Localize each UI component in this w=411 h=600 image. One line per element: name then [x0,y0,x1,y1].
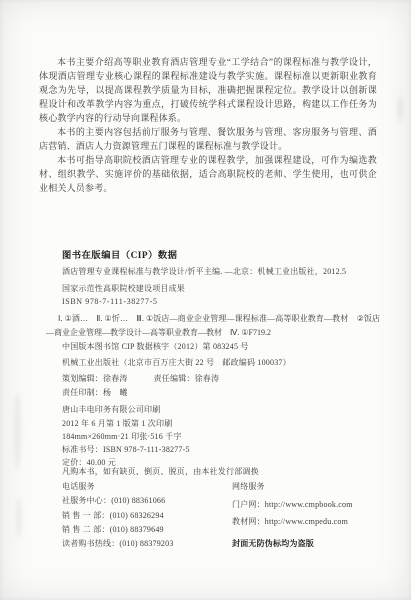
duty-editor: 责任编辑：徐春涛 [154,374,220,383]
edition-impression-line: 2012 年 6 月第 1 版第 1 次印刷 [62,418,172,429]
cip-section-title: 图书在版编目（CIP）数据 [62,247,177,261]
exchange-notice-line: 凡购本书，如有缺页、倒页、脱页，由本社发行部调换 [62,466,259,477]
format-sheet-line: 184mm×260mm·21 印张·516 千字 [62,431,182,442]
book-copyright-page: 本书主要介绍高等职业教育酒店管理专业“工学结合”的课程标准与教学设计，体现酒店管… [0,0,411,600]
scan-artifact [16,498,22,538]
phone-service-line: 销 售 一 部：(010) 68326294 [62,510,164,521]
cip-classification-line: Ⅰ. ①酒… Ⅱ. ①忻… Ⅲ. ①饭店—商业企业管理—课程标准—高等职业教育—… [46,312,380,339]
summary-paragraph-2: 本书的主要内容包括前厅服务与管理、餐饮服务与管理、客房服务与管理、酒店营销、酒店… [39,125,377,153]
book-summary: 本书主要介绍高等职业教育酒店管理专业“工学结合”的课程标准与教学设计，体现酒店管… [39,55,377,195]
print-editor-line: 责任印制：杨 曦 [62,387,128,398]
editors-line: 策划编辑：徐春涛责任编辑：徐春涛 [62,373,219,384]
planning-editor: 策划编辑：徐春涛 [62,374,128,383]
network-service-line: 门户网：http://www.cmpbook.com [232,499,353,510]
printer-line: 唐山丰电印务有限公司印刷 [62,404,160,415]
cip-record-number-line: 中国版本图书馆 CIP 数据核字（2012）第 083245 号 [62,341,249,352]
anti-piracy-notice: 封面无防伪标均为盗版 [232,538,314,549]
phone-service-line: 读者购书热线：(010) 88379203 [62,538,174,549]
summary-paragraph-1: 本书主要介绍高等职业教育酒店管理专业“工学结合”的课程标准与教学设计，体现酒店管… [39,55,377,125]
phone-service-header: 电话服务 [62,481,95,492]
phone-service-line: 销 售 二 部：(010) 88379649 [62,524,164,535]
standard-book-number-line: 标准书号：ISBN 978-7-111-38277-5 [62,444,190,455]
network-service-header: 网络服务 [232,481,265,492]
cip-project-line: 国家示范性高职院校建设项目成果 [62,283,185,294]
cip-isbn-line: ISBN 978-7-111-38277-5 [62,297,158,306]
summary-paragraph-3: 本书可指导高职院校酒店管理专业的课程教学，加强课程建设，可作为编选教材、组织教学… [39,153,377,195]
scan-artifact [14,392,21,470]
publisher-address-line: 机械工业出版社（北京市百万庄大街 22 号 邮政编码 100037） [62,357,291,368]
phone-service-line: 社服务中心：(010) 88361066 [62,495,165,506]
network-service-line: 教材网：http://www.cmpedu.com [232,516,348,527]
cip-book-title-line: 酒店管理专业课程标准与教学设计/忻平主编. —北京：机械工业出版社，2012.5 [62,266,346,277]
scan-artifact [397,96,403,122]
